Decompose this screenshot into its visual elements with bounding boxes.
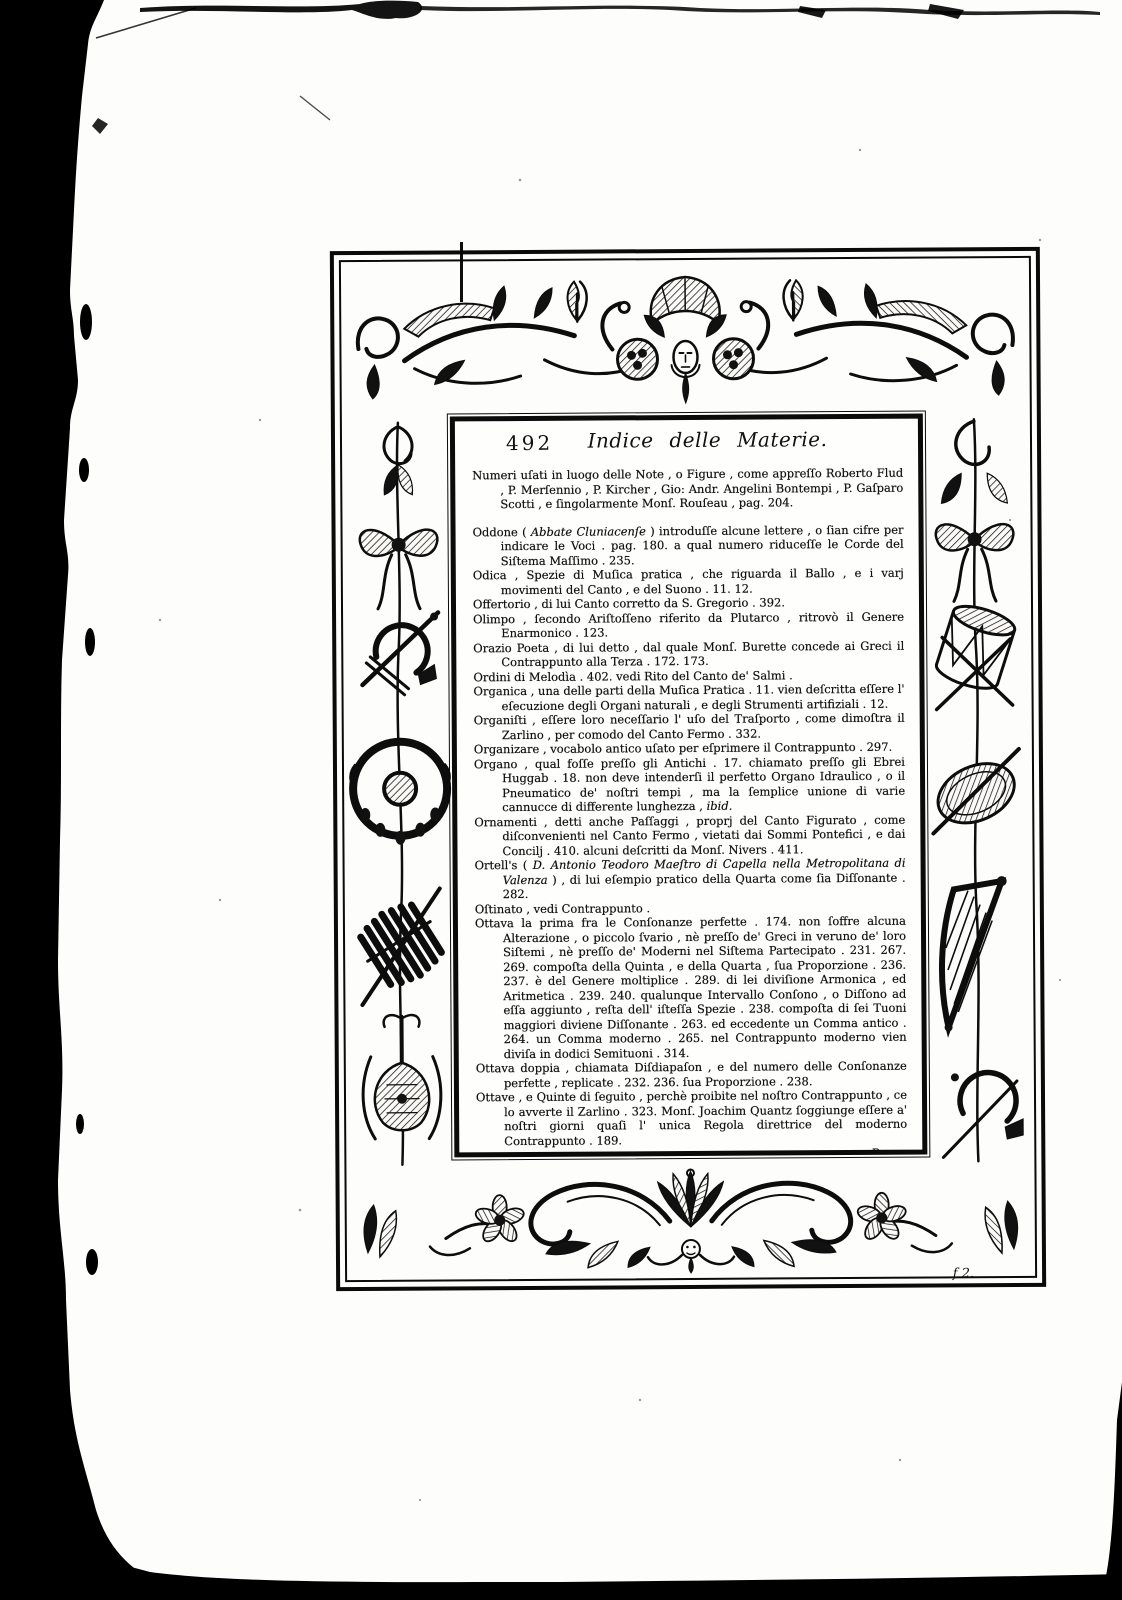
- index-entry-text: Ottava doppia , chiamata Diſdiapaſon , e…: [476, 1059, 907, 1090]
- scan-shadow-bottom: [0, 1540, 1122, 1600]
- index-entry-text: ) , di lui eſempio pratico della Quarta …: [503, 870, 906, 901]
- index-entry: Numeri uſati in luogo delle Note , o Fig…: [472, 466, 903, 512]
- index-entry: Oddone ( Abbate Cluniacenſe ) introduſſe…: [473, 522, 904, 568]
- text-panel: 492 Indice delle Materie. Numeri uſati i…: [450, 414, 928, 1158]
- index-entry-text: Ottave , e Quinte di ſeguito , perchè pr…: [476, 1088, 907, 1148]
- index-entry: Ottava la prima fra le Conſonanze perfet…: [475, 914, 907, 1062]
- rosette-engraving: [474, 1195, 526, 1245]
- index-entry: Odica , Spezie di Muſica pratica , che r…: [473, 566, 904, 598]
- index-entry-text: Ornamenti , detti anche Paſſaggi , propr…: [474, 812, 905, 857]
- index-entry: Organica , una delle parti della Muſica …: [473, 682, 904, 714]
- index-entry: Ortell's ( D. Antonio Teodoro Maeſtro di…: [475, 856, 906, 902]
- horn: [943, 1072, 1024, 1157]
- index-entry: Ottava doppia , chiamata Diſdiapaſon , e…: [476, 1059, 907, 1091]
- index-entry-text: Orazio Poeta , di lui detto , dal quale …: [473, 638, 904, 669]
- index-entry-text: Organica , una delle parti della Muſica …: [473, 682, 904, 713]
- scanned-book-page: 492 Indice delle Materie. Numeri uſati i…: [0, 0, 1122, 1600]
- index-entry-text: Oſtinato , vedi Contrappunto .: [475, 901, 650, 916]
- signature-mark: f 2.: [953, 1266, 974, 1281]
- top-ornament-engraving: [344, 261, 1027, 415]
- lute: [363, 1015, 442, 1139]
- index-entry: Olimpo , ſecondo Ariſtoſſeno riferito da…: [473, 609, 904, 641]
- index-entry-text: Odica , Spezie di Muſica pratica , che r…: [473, 566, 904, 597]
- scan-shadow-right: [1106, 1382, 1122, 1586]
- index-entry-text: Ordini di Melodìa . 402. vedi Rito del C…: [473, 668, 792, 684]
- index-entry-text: Organo , qual foſſe preſſo gli Antichi .…: [474, 754, 905, 814]
- index-entry-text: Offertorio , di lui Canto corretto da S.…: [473, 595, 785, 611]
- index-entry-text: Organiſti , eſſere loro neceſſario l' uſ…: [474, 711, 905, 742]
- central-palmette-engraving: [647, 1169, 734, 1273]
- horn-and-trumpet: [362, 613, 438, 695]
- right-instrument-trophy-engraving: [921, 413, 1032, 1168]
- central-mask-engraving: [617, 277, 754, 404]
- index-entry: Ornamenti , detti anche Paſſaggi , propr…: [474, 812, 905, 858]
- index-entries: Numeri uſati in luogo delle Note , o Fig…: [472, 466, 907, 1149]
- index-entry-text: Ottava la prima fra le Conſonanze perfet…: [475, 914, 907, 1061]
- running-head: 492 Indice delle Materie.: [472, 427, 903, 460]
- index-entry-text: Olimpo , ſecondo Ariſtoſſeno riferito da…: [473, 609, 904, 640]
- index-entry: Organo , qual foſſe preſſo gli Antichi .…: [474, 754, 905, 815]
- page-number: 492: [506, 431, 553, 455]
- index-entry: Orazio Poeta , di lui detto , dal quale …: [473, 638, 904, 670]
- left-instrument-trophy-engraving: [345, 416, 456, 1171]
- ornamental-border-frame: 492 Indice delle Materie. Numeri uſati i…: [330, 247, 1046, 1291]
- index-entry: Organiſti , eſſere loro neceſſario l' uſ…: [474, 711, 905, 743]
- index-entry-text: Numeri uſati in luogo delle Note , o Fig…: [472, 466, 903, 511]
- harp: [941, 876, 1007, 1031]
- index-entry-italic-text: ibid.: [707, 799, 733, 813]
- bottom-ornament-engraving: [349, 1161, 1032, 1277]
- index-entry-text: Oddone (: [473, 524, 531, 538]
- index-entry-italic-text: Abbate Cluniacenſe: [531, 524, 646, 539]
- index-entry: Ottave , e Quinte di ſeguito , perchè pr…: [476, 1088, 907, 1149]
- index-entry-text: Ortell's (: [475, 858, 533, 872]
